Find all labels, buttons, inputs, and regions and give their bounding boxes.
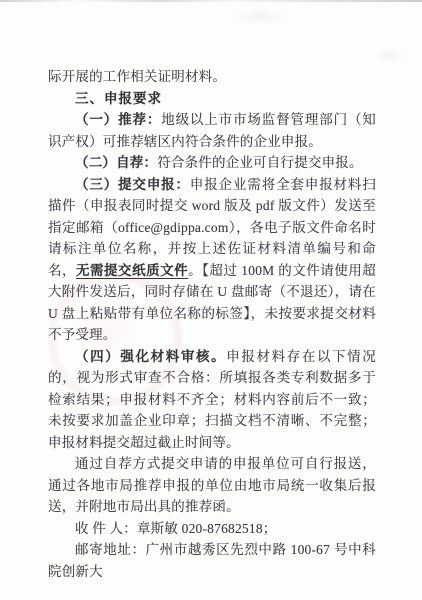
text-segment: （三）提交申报： xyxy=(75,177,190,192)
text-segment: 通过自荐方式提交申请的申报单位可自行报送，通过各地市局推荐申报的单位由地市局统一… xyxy=(48,456,376,514)
document-body: 际开展的工作相关证明材料。三、申报要求（一）推荐：地级以上市市场监督管理部门（知… xyxy=(48,66,376,582)
scan-edge-artifact xyxy=(0,0,422,2)
text-segment: （一）推荐： xyxy=(75,112,161,127)
text-segment: （四）强化材料审核。 xyxy=(75,349,226,364)
page-number: - 6 - xyxy=(0,548,422,558)
text-segment: 三、申报要求 xyxy=(75,91,162,106)
text-segment: 符合条件的企业可自行提交申报。 xyxy=(157,155,363,170)
scan-smudge xyxy=(375,48,405,64)
submission-channel: 通过自荐方式提交申请的申报单位可自行报送，通过各地市局推荐申报的单位由地市局统一… xyxy=(48,453,376,518)
item-2-self-recommend: （二）自荐：符合条件的企业可自行提交申报。 xyxy=(48,152,376,174)
scanned-document-page: 际开展的工作相关证明材料。三、申报要求（一）推荐：地级以上市市场监督管理部门（知… xyxy=(0,0,422,600)
mailing-address-line: 邮寄地址：广州市越秀区先烈中路 100-67 号中科院创新大 xyxy=(48,539,376,582)
text-segment: （二）自荐： xyxy=(75,155,157,170)
item-1-recommend: （一）推荐：地级以上市市场监督管理部门（知识产权）可推荐辖区内符合条件的企业申报… xyxy=(48,109,376,152)
scan-smudge xyxy=(230,8,290,26)
item-4-review: （四）强化材料审核。申报材料存在以下情况的，视为形式审查不合格：所填报各类专利数… xyxy=(48,346,376,454)
continuation-line: 际开展的工作相关证明材料。 xyxy=(48,66,376,88)
recipient-line: 收 件 人：章斯敏 020-87682518； xyxy=(48,518,376,540)
item-3-submit: （三）提交申报：申报企业需将全套申报材料扫描件（申报表同时提交 word 版及 … xyxy=(48,174,376,346)
text-segment: 无需提交纸质文件 xyxy=(76,263,188,278)
text-segment: 际开展的工作相关证明材料。 xyxy=(48,69,226,84)
text-segment: 收 件 人：章斯敏 020-87682518； xyxy=(75,521,276,536)
section-heading: 三、申报要求 xyxy=(48,88,376,110)
